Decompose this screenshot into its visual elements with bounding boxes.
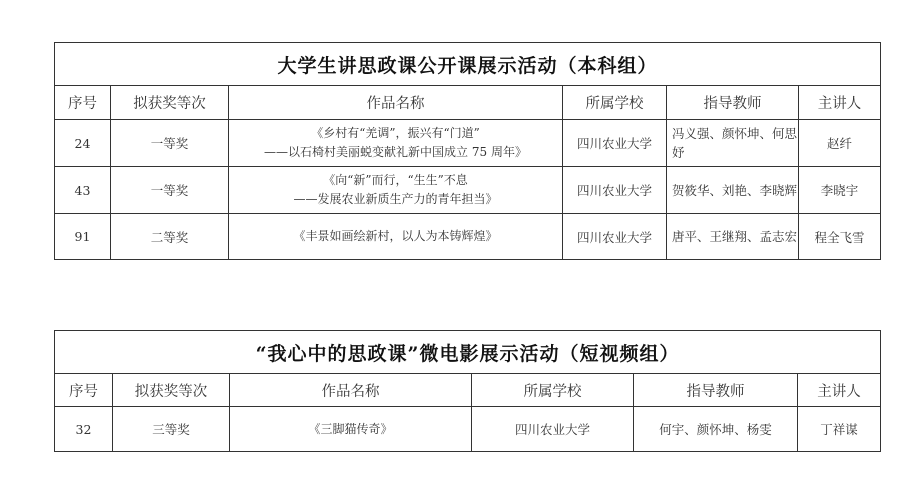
cell-no: 43 [55,167,111,214]
cell-work: 《向“新”而行，“生生”不息——发展农业新质生产力的青年担当》 [229,167,563,214]
work-line1: 《向“新”而行，“生生”不息 [229,171,562,190]
cell-teachers: 何宇、颜怀坤、杨雯 [634,407,798,452]
table-title: 大学生讲思政课公开课展示活动（本科组） [55,43,881,86]
cell-no: 24 [55,120,111,167]
cell-award: 二等奖 [111,214,229,260]
header-no: 序号 [55,86,111,120]
short-video-awards-table: “我心中的思政课”微电影展示活动（短视频组） 序号 拟获奖等次 作品名称 所属学… [54,330,881,452]
header-teachers: 指导教师 [634,374,798,407]
header-school: 所属学校 [472,374,634,407]
cell-teachers: 冯义强、颜怀坤、何思妤 [667,120,799,167]
table-row: 43 一等奖 《向“新”而行，“生生”不息——发展农业新质生产力的青年担当》 四… [55,167,881,214]
header-speaker: 主讲人 [798,374,881,407]
cell-award: 三等奖 [113,407,230,452]
cell-speaker: 赵纤 [799,120,881,167]
header-work: 作品名称 [230,374,472,407]
table-title: “我心中的思政课”微电影展示活动（短视频组） [55,331,881,374]
cell-school: 四川农业大学 [563,214,667,260]
table-row: 32 三等奖 《三脚猫传奇》 四川农业大学 何宇、颜怀坤、杨雯 丁祥谋 [55,407,881,452]
work-line2: ——发展农业新质生产力的青年担当》 [229,190,562,209]
cell-speaker: 丁祥谋 [798,407,881,452]
cell-work: 《乡村有“羌调”，振兴有“门道”——以石椅村美丽蜕变献礼新中国成立 75 周年》 [229,120,563,167]
header-school: 所属学校 [563,86,667,120]
cell-school: 四川农业大学 [472,407,634,452]
cell-no: 91 [55,214,111,260]
cell-school: 四川农业大学 [563,167,667,214]
cell-speaker: 李晓宇 [799,167,881,214]
table-row: 91 二等奖 《丰景如画绘新村，以人为本铸辉煌》 四川农业大学 唐平、王继翔、孟… [55,214,881,260]
work-line1: 《乡村有“羌调”，振兴有“门道” [229,124,562,143]
undergrad-awards-table: 大学生讲思政课公开课展示活动（本科组） 序号 拟获奖等次 作品名称 所属学校 指… [54,42,881,260]
header-work: 作品名称 [229,86,563,120]
header-award: 拟获奖等次 [111,86,229,120]
work-line2: ——以石椅村美丽蜕变献礼新中国成立 75 周年》 [229,143,562,162]
cell-work: 《三脚猫传奇》 [230,407,472,452]
table-row: 24 一等奖 《乡村有“羌调”，振兴有“门道”——以石椅村美丽蜕变献礼新中国成立… [55,120,881,167]
cell-school: 四川农业大学 [563,120,667,167]
cell-speaker: 程全飞雪 [799,214,881,260]
header-award: 拟获奖等次 [113,374,230,407]
header-speaker: 主讲人 [799,86,881,120]
cell-award: 一等奖 [111,167,229,214]
cell-work: 《丰景如画绘新村，以人为本铸辉煌》 [229,214,563,260]
cell-teachers: 贺筱华、刘艳、李晓辉 [667,167,799,214]
header-teachers: 指导教师 [667,86,799,120]
header-no: 序号 [55,374,113,407]
cell-no: 32 [55,407,113,452]
cell-award: 一等奖 [111,120,229,167]
cell-teachers: 唐平、王继翔、孟志宏 [667,214,799,260]
